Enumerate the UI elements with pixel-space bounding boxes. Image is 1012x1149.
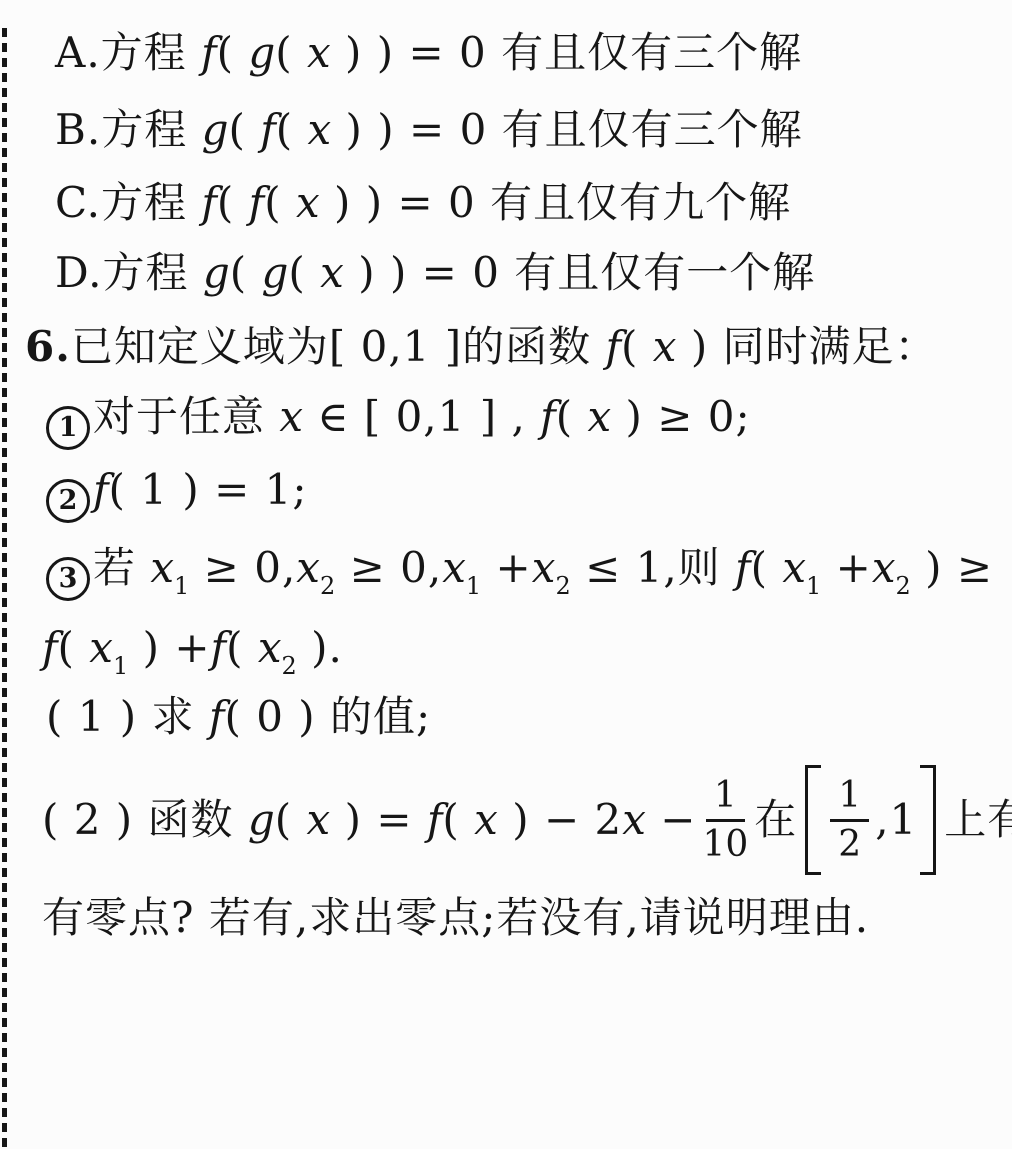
text-run: ) ≥ bbox=[911, 543, 993, 592]
math-variable: x bbox=[296, 178, 320, 227]
text-run: ( bbox=[621, 322, 653, 371]
math-variable: x1 bbox=[150, 543, 189, 592]
math-variable: f bbox=[427, 794, 443, 847]
math-variable: x2 bbox=[872, 543, 911, 592]
option-b: B.方程 g( f( x ) ) = 0 有且仅有三个解 bbox=[55, 104, 803, 157]
math-variable: x bbox=[587, 392, 611, 441]
circled-number: 1 bbox=[46, 406, 90, 450]
math-variable: g bbox=[202, 105, 229, 154]
text-run: − bbox=[646, 794, 697, 847]
math-variable: f bbox=[209, 692, 225, 741]
subscript: 2 bbox=[896, 572, 911, 600]
text-run: C.方程 bbox=[55, 178, 201, 227]
problem-6-intro: 6.已知定义域为[ 0,1 ]的函数 f( x ) 同时满足： bbox=[25, 321, 938, 374]
text-run: 有零点? 若有,求出零点;若没有,请说明理由. bbox=[42, 893, 869, 942]
text-run: ( bbox=[264, 178, 296, 227]
text-run: ≤ 1,则 bbox=[571, 543, 735, 592]
math-variable: x bbox=[474, 794, 498, 847]
text-run: + bbox=[481, 543, 532, 592]
fraction: 110 bbox=[702, 776, 748, 864]
text-run: 上有没 bbox=[944, 794, 1012, 847]
fraction-numerator: 1 bbox=[830, 776, 869, 822]
math-variable: x1 bbox=[442, 543, 481, 592]
math-variable: x bbox=[308, 105, 332, 154]
subscript: 1 bbox=[806, 572, 821, 600]
condition-1: 1对于任意 x ∈ [ 0,1 ] , f( x ) ≥ 0; bbox=[46, 391, 751, 450]
text-run: ) + bbox=[128, 623, 210, 672]
subscript: 1 bbox=[113, 652, 128, 680]
math-variable: x bbox=[307, 28, 331, 77]
text-run: ( bbox=[228, 105, 260, 154]
math-variable: x2 bbox=[296, 543, 335, 592]
fraction: 12 bbox=[830, 776, 869, 864]
math-variable: g bbox=[203, 248, 230, 297]
math-variable: x bbox=[279, 392, 303, 441]
text-run: ( bbox=[58, 623, 90, 672]
text-run: ( bbox=[442, 794, 474, 847]
subscript: 2 bbox=[320, 572, 335, 600]
math-variable: g bbox=[262, 248, 289, 297]
text-run: ) 同时满足： bbox=[676, 322, 937, 371]
text-run: ( bbox=[276, 105, 308, 154]
math-variable: f bbox=[260, 105, 276, 154]
text-run: ( 1 ) 求 bbox=[46, 692, 209, 741]
text-run: ( bbox=[275, 28, 307, 77]
part-1-question: ( 1 ) 求 f( 0 ) 的值; bbox=[46, 691, 431, 744]
text-run: ( bbox=[288, 248, 320, 297]
text-run: ( 0 ) 的值; bbox=[224, 692, 431, 741]
math-variable: f bbox=[201, 28, 217, 77]
text-run: ( bbox=[230, 248, 262, 297]
math-variable: f bbox=[735, 543, 751, 592]
math-variable: g bbox=[248, 794, 275, 847]
text-run: ( bbox=[275, 794, 307, 847]
text-run: 已知定义域为[ 0,1 ]的函数 bbox=[71, 322, 606, 371]
math-variable: f bbox=[211, 623, 227, 672]
text-run: D.方程 bbox=[55, 248, 203, 297]
part-2-question: ( 2 ) 函数 g( x ) = f( x ) − 2x −110在12,1上… bbox=[42, 756, 1012, 884]
text-run: ) = bbox=[330, 794, 427, 847]
text-run: ( bbox=[217, 178, 249, 227]
text-run: 在 bbox=[754, 794, 797, 847]
math-variable: f bbox=[42, 623, 58, 672]
text-run: 若 bbox=[93, 543, 150, 592]
text-run: + bbox=[821, 543, 872, 592]
math-variable: x bbox=[307, 794, 331, 847]
fraction-numerator: 1 bbox=[706, 776, 745, 822]
math-variable: f bbox=[201, 178, 217, 227]
text-run: ≥ 0, bbox=[335, 543, 442, 592]
circled-number: 2 bbox=[46, 479, 90, 523]
text-run: ) ) = 0 有且仅有一个解 bbox=[344, 248, 815, 297]
text-run: ∈ [ 0,1 ] , bbox=[303, 392, 540, 441]
math-variable: x bbox=[622, 794, 646, 847]
math-variable: f bbox=[249, 178, 265, 227]
subscript: 1 bbox=[466, 572, 481, 600]
tall-left-bracket bbox=[805, 765, 821, 875]
text-run: 对于任意 bbox=[93, 392, 279, 441]
math-variable: g bbox=[248, 28, 275, 77]
text-run: ) ≥ 0; bbox=[611, 392, 751, 441]
condition-3: 3若 x1 ≥ 0,x2 ≥ 0,x1 +x2 ≤ 1,则 f( x1 +x2 … bbox=[46, 542, 993, 601]
fraction-denominator: 10 bbox=[702, 822, 748, 865]
math-variable: x bbox=[653, 322, 677, 371]
math-variable: x bbox=[320, 248, 344, 297]
text-run: ) ) = 0 有且仅有三个解 bbox=[331, 105, 802, 154]
condition-3-continuation: f( x1 ) +f( x2 ). bbox=[42, 622, 343, 681]
text-run: B.方程 bbox=[55, 105, 202, 154]
text-run: ( bbox=[226, 623, 258, 672]
text-run: ). bbox=[297, 623, 343, 672]
text-run: ≥ 0, bbox=[189, 543, 296, 592]
math-variable: x2 bbox=[258, 623, 297, 672]
math-variable: x1 bbox=[89, 623, 128, 672]
text-run: ( bbox=[217, 28, 249, 77]
perforated-edge-dashed-line bbox=[2, 28, 7, 1149]
text-run: ) − 2 bbox=[498, 794, 622, 847]
text-run: ( bbox=[556, 392, 588, 441]
document-page: A.方程 f( g( x ) ) = 0 有且仅有三个解 B.方程 g( f( … bbox=[0, 0, 1012, 1149]
text-run: ( 1 ) = 1; bbox=[109, 465, 308, 514]
math-variable: x1 bbox=[782, 543, 821, 592]
part-2-continuation: 有零点? 若有,求出零点;若没有,请说明理由. bbox=[42, 892, 869, 945]
text-run: ) ) = 0 有且仅有三个解 bbox=[331, 28, 802, 77]
math-variable: f bbox=[540, 392, 556, 441]
text-run: 6. bbox=[25, 322, 71, 371]
math-variable: f bbox=[605, 322, 621, 371]
subscript: 1 bbox=[174, 572, 189, 600]
tall-right-bracket bbox=[920, 765, 936, 875]
text-run: ( 2 ) 函数 bbox=[42, 794, 248, 847]
condition-2: 2f( 1 ) = 1; bbox=[46, 464, 308, 523]
circled-number: 3 bbox=[46, 557, 90, 601]
text-run: ( bbox=[751, 543, 783, 592]
math-variable: f bbox=[93, 465, 109, 514]
option-c: C.方程 f( f( x ) ) = 0 有且仅有九个解 bbox=[55, 177, 791, 230]
subscript: 2 bbox=[282, 652, 297, 680]
option-a: A.方程 f( g( x ) ) = 0 有且仅有三个解 bbox=[55, 27, 802, 80]
text-run: ) ) = 0 有且仅有九个解 bbox=[320, 178, 791, 227]
subscript: 2 bbox=[555, 572, 570, 600]
text-run: ,1 bbox=[875, 794, 917, 847]
fraction-denominator: 2 bbox=[838, 822, 861, 865]
text-run: A.方程 bbox=[55, 28, 201, 77]
math-variable: x2 bbox=[532, 543, 571, 592]
option-d: D.方程 g( g( x ) ) = 0 有且仅有一个解 bbox=[55, 247, 815, 300]
